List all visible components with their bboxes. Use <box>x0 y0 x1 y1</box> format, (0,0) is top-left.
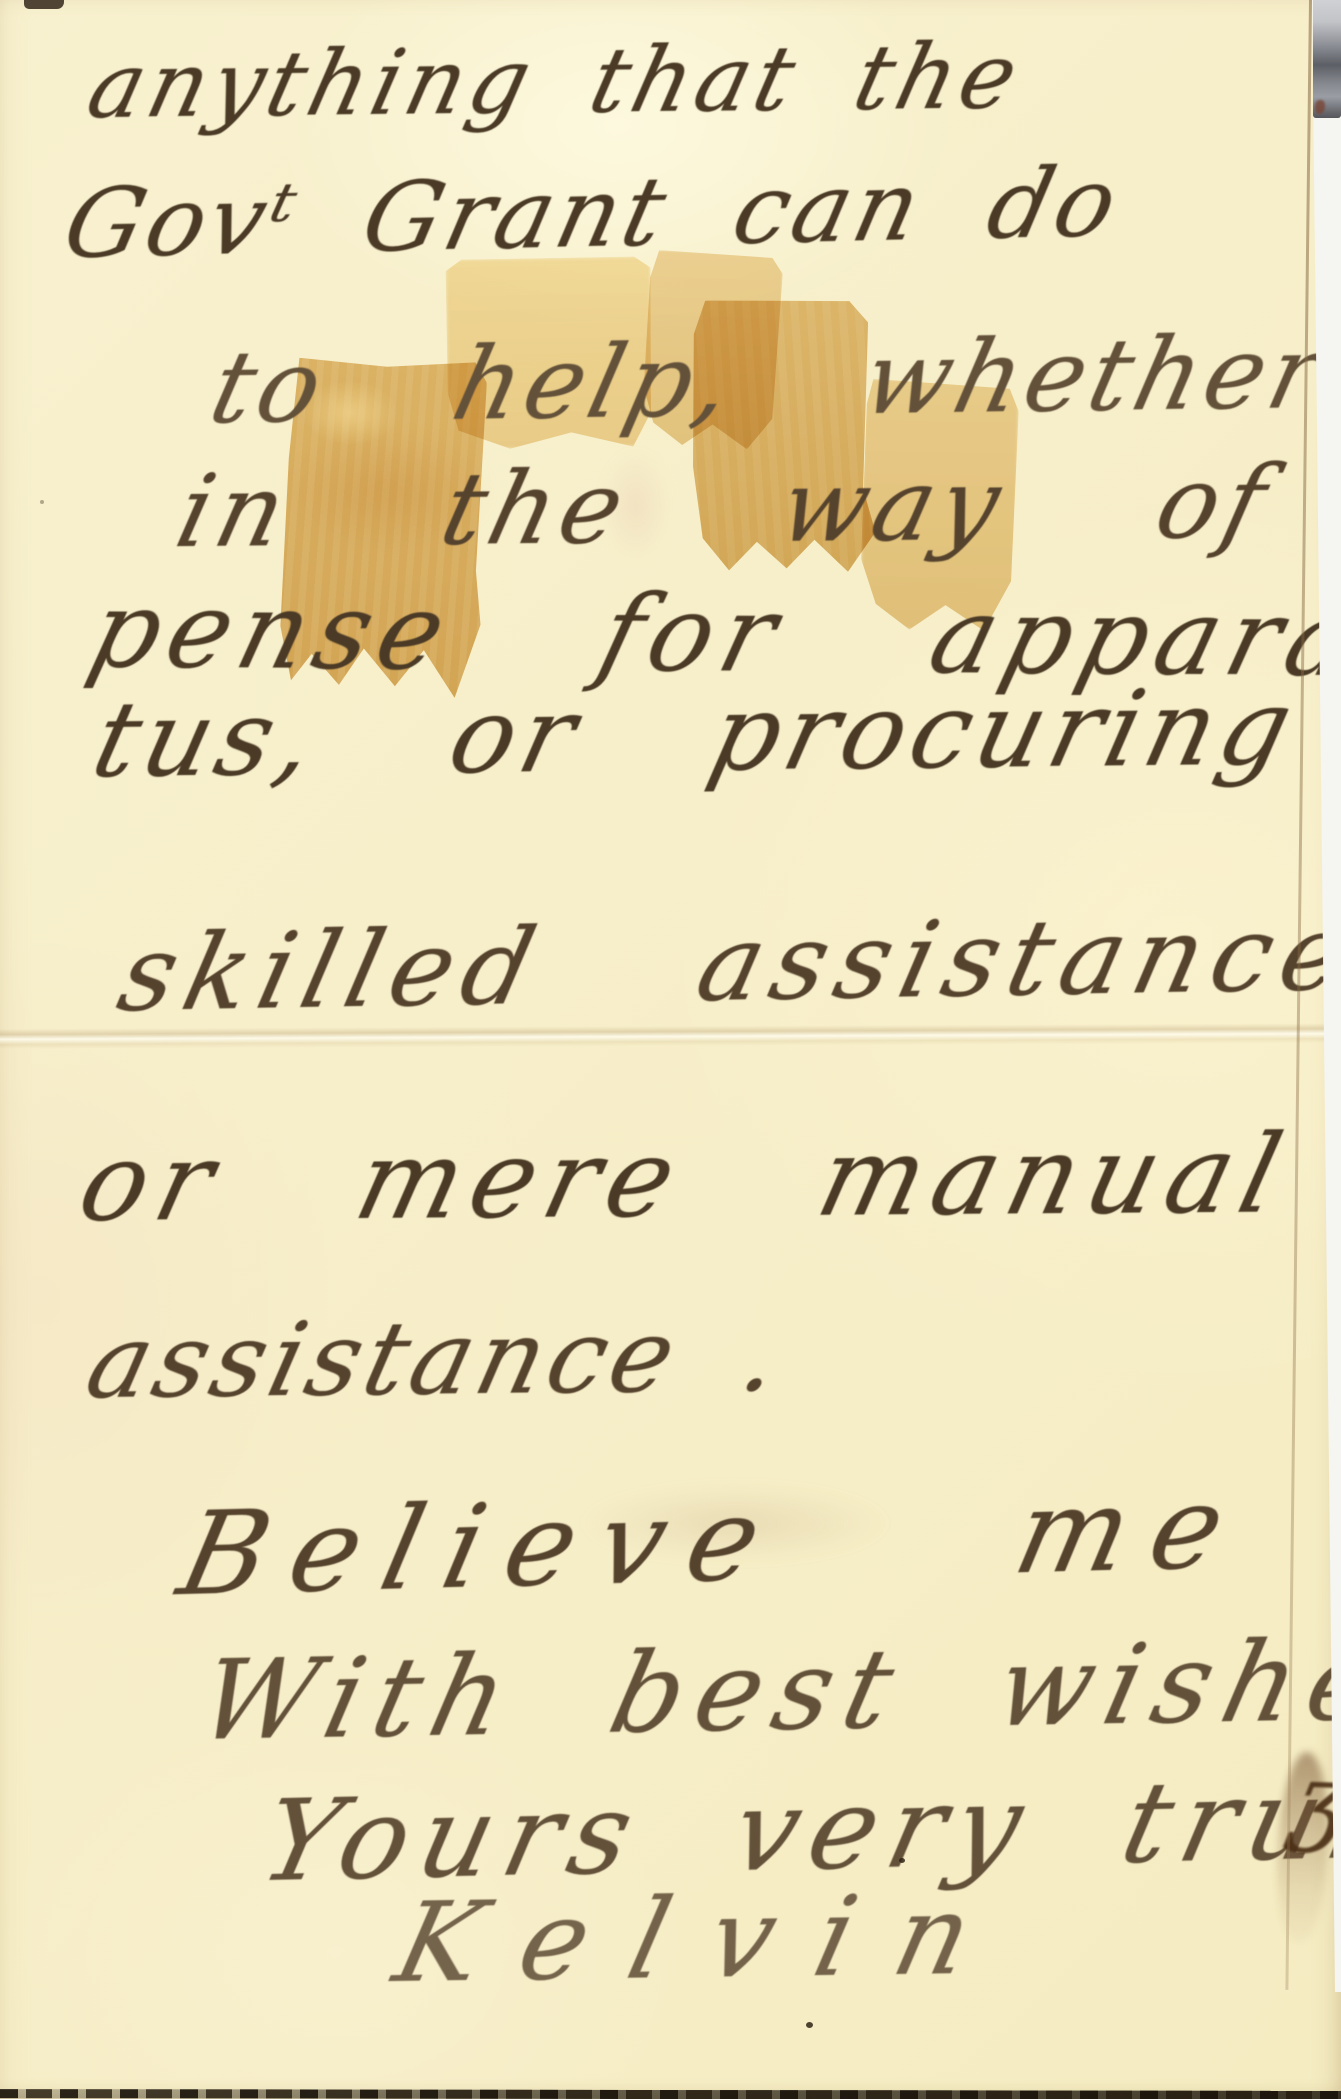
page-bottom-edge <box>0 2089 1341 2099</box>
ink-speck <box>24 0 64 9</box>
handwriting-line: With best wishes <box>190 1624 1341 1756</box>
handwriting-line: skilled assistance <box>110 901 1341 1027</box>
handwriting-line: to help, whether <box>202 323 1335 438</box>
ink-dot <box>899 1858 905 1863</box>
handwriting-line: tus, or procuring <box>84 675 1307 793</box>
handwriting-line: or mere manual <box>70 1122 1300 1238</box>
signature-kelvin: Kelvin <box>386 1879 1026 1998</box>
handwriting-line: Believe me <box>170 1470 1258 1613</box>
scanned-letter: anything that the Govᵗ Grant can do to h… <box>0 0 1341 2099</box>
handwriting-line: anything that the <box>80 32 1030 132</box>
handwriting-line: in the way of ex <box>168 450 1341 562</box>
paper-speck <box>40 500 44 504</box>
ink-dot <box>806 2022 813 2028</box>
letter-paper: anything that the Govᵗ Grant can do to h… <box>0 0 1341 2099</box>
handwriting-line: assistance . <box>78 1305 794 1414</box>
handwriting-line: Govᵗ Grant can do <box>56 154 1129 272</box>
